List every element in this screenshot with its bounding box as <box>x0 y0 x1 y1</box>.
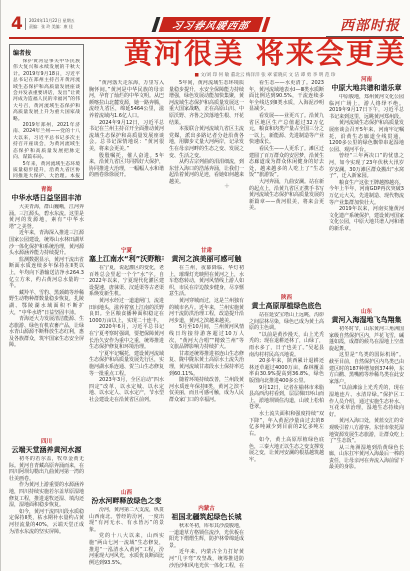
paragraph: 2024年9月12日，习近平总书记在兰州主持召开全面推动黄河流域生态保护和高质量… <box>89 120 164 153</box>
paragraph: 藏羚羊、雪豹、黑颈鹤等珍稀野生动物种群数量稳步恢复，扎陵湖、鄂陵湖水域面积不断扩… <box>9 290 84 316</box>
province-name: 山东 <box>329 309 404 316</box>
paragraph: 看生态——水更清了。2023年，黄河流域地表水Ⅰ—Ⅲ类水质断面比例达到90.5%… <box>249 80 324 113</box>
section-body-shandong: 初冬时节，山东黄河三角洲国家级自然保护区内，芦花飞雪，碱蓬如霞，成群的候鸟在湿地… <box>329 326 404 568</box>
paragraph: 2019年以来，河南实施黄河文化遗产系统保护，建设黄河国家文化公园，中原大地共谱… <box>329 206 404 232</box>
section-title: 中华水塔日益坚固丰沛 <box>9 194 84 203</box>
paragraph: 秋末冬初，库布其沙漠腹地，一道道草方格锁住流沙，光伏板在阳光下熠熠生辉，防护林带… <box>169 523 244 549</box>
paragraph: 5年间，黄河流域生态环境质量稳步提升，水安全保障能力持续增强，绿色发展动能加快集… <box>169 80 244 126</box>
paragraph: 从三角洲湿地到沿黄绿色长廊，山东扛牢黄河入海最后一棒的责任，让母亲河在奔流入海前… <box>329 445 404 471</box>
paragraph: 保护黄河是事关中华民族伟大复兴和永续发展的千秋大计。2019年9月18日，习近平… <box>13 59 80 123</box>
byline-square-icon: ■ <box>195 73 199 78</box>
paragraph: 2019年郑州、2021年济南、2024年兰州——党的十八大以来，习近平总书记多… <box>13 123 80 161</box>
lead-text-b: 5年间，黄河流域生态环境质量稳步提升，水安全保障能力持续增强，绿色发展动能加快集… <box>169 80 244 245</box>
paragraph: 黄河流域生态保护和高质量发展座谈会召开5年来，河南牢记嘱托，沿黄生态廊道全线贯通… <box>329 120 404 153</box>
main-headline: 黄河很美 将来会更美 <box>124 39 406 69</box>
paragraph: 中原腹地，郑州黄河文化公园临河广场上，游人络绎不绝。2019年9月17日下午，习… <box>329 94 404 120</box>
paragraph: 站在延安宝塔山上远眺，沟峁之间层林尽染，绿色已成为黄土高原的主色调。 <box>249 312 324 332</box>
paragraph: 看民生——人更乐了。滩区迁建圆了百万群众的安居梦，沿黄生态廊道成为群众休闲健身的… <box>249 146 324 179</box>
section-body-qinghai: 大美青海，群山巍峨，江河奔涌。三江源头，碧水东流。这里是黄河的发源地，素有“中华… <box>9 204 84 436</box>
paragraph: “以前是黄沙漫天，山上光秃秃的；现在退耕还林了，山绿了，雨水多了，日子也美了。”… <box>249 332 324 358</box>
paragraph: “黄河落天走东海，万里写入胸怀间。”黄河是中华民族的母亲河，孕育了灿烂的中华文明… <box>89 80 164 120</box>
section-head-shanxi-jin: 山西 汾水河畔释放绿色之变 <box>89 487 164 507</box>
province-name: 青海 <box>9 187 84 194</box>
lead-text-a: “黄河落天走东海，万里写入胸怀间。”黄河是中华民族的母亲河，孕育了灿烂的中华文明… <box>89 80 164 245</box>
paragraph: 汾河，黄河第二大支流，纵贯山西南北。曾经的汾河，一度出现“有河无水、有水皆污”的… <box>89 507 164 533</box>
editor-note-label: 编者按 <box>13 48 80 57</box>
section-title: 黄河之滨美丽可感可触 <box>169 255 244 264</box>
article-columns: 编者按 保护黄河是事关中华民族伟大复兴和永续发展的千秋大计。2019年9月18日… <box>9 44 404 568</box>
paragraph: 粮食生产这张王牌越擦越亮。今年上半年，河南GDP再次突破3万亿元大关，先进制造、… <box>329 180 404 206</box>
paragraph: 黄河水经过一道道闸门，流进田间地头，滋养着塞上江南的沃野良田。全区粮食播种面积稳… <box>89 298 164 324</box>
column-1: 编者按 保护黄河是事关中华民族伟大复兴和永续发展的千秋大计。2019年9月18日… <box>9 44 84 568</box>
paragraph: 初冬的若尔盖，牧草金黄无际。黄河自青藏高原奔涌而来，在四川阿坝勾勒出九曲黄河第一… <box>9 456 84 482</box>
paragraph: 大美青海，群山巍峨，江河奔涌。三江源头，碧水东流。这里是黄河的发源地，素有“中华… <box>9 204 84 230</box>
paragraph: 本报联合黄河流域九省区主流党媒，派出多路记者分赴沿黄各地，用脚步丈量大河两岸，记… <box>169 126 244 159</box>
section-body-gansu: 在兰州，夜幕降临、华灯初上，璀璨灯光映照在黄河之上，水车悠悠转动，黄河风情线上游… <box>169 265 244 503</box>
column-4: 看生态——水更清了。2023年，黄河流域地表水Ⅰ—Ⅲ类水质断面比例达到90.5%… <box>249 44 324 568</box>
section-title: 黄河入海湿地飞鸟翔集 <box>329 316 404 325</box>
byline-text: 文/刘 印 何 敏 董北云 梅洋洋 张 翠 霍晓庆 文 洁 谭 勇 李 明 范 … <box>200 73 335 78</box>
paragraph: 5年来，黄河流域生态环境质量稳步提升，沿黄九省区协同推进大保护、大治理。本报联合… <box>13 162 80 181</box>
section-body-shaanxi: 站在延安宝塔山上远眺，沟峁之间层林尽染，绿色已成为黄土高原的主色调。“以前是黄沙… <box>249 312 324 568</box>
banner-label: 习习春风暖西部 <box>170 17 252 32</box>
paragraph: 黄河穿城而过，这是兰州独有的城市名片。近年来，兰州实施黄河干流防洪治理工程，改造… <box>169 298 244 324</box>
page-header: 4 2024年11月22日 星期五 责编：张 玲 美编：康 佳 习习春风暖西部 … <box>9 14 404 39</box>
province-name: 内蒙古 <box>169 506 244 513</box>
paragraph: 如今，黄河干流四川段水质稳定保持Ⅱ类，枯水期补水量约占黄河径流量的40%，云端天… <box>9 509 84 535</box>
section-title: 汾水河畔释放绿色之变 <box>89 497 164 506</box>
section-title: 中原大地共谱和谐乐章 <box>329 84 404 93</box>
section-head-neimenggu: 内蒙古 祖国北疆筑起绿色长城 <box>169 503 244 523</box>
paragraph: 青海还大力发展清洁能源、生态旅游、绿色有机农畜产品，让绿水青山源源不断释放生态红… <box>9 316 84 349</box>
section-head-shaanxi: 陕西 黄土高原厚植绿色底色 <box>249 292 324 312</box>
province-name: 陕西 <box>249 295 324 302</box>
paragraph: 党的十八大以来，山西实施“两山七河一流域”生态修复，推进“一泓清水入黄河”工程，… <box>89 533 164 566</box>
column-2: “黄河落天走东海，万里写入胸怀间。”黄河是中华民族的母亲河，孕育了灿烂的中华文明… <box>89 44 164 568</box>
paragraph: 大河奔涌，九曲安澜。站在新的起点上，沿黄九省区正携手书写黄河流域生态保护和高质量… <box>249 179 324 212</box>
paragraph: 宁夏牢记嘱托，建设黄河流域生态保护和高质量发展先行区，实施河湖水系连通、贺兰山生… <box>89 351 164 377</box>
section-body-shanxi-jin: 汾河，黄河第二大支流，纵贯山西南北。曾经的汾河，一度出现“有河无水、有水皆污”的… <box>89 507 164 568</box>
section-title: 黄土高原厚植绿色底色 <box>249 302 324 311</box>
section-title: 祖国北疆筑起绿色长城 <box>169 513 244 522</box>
paragraph: 看发展——业更兴了。沿黄九省区地区生产总值超过32万亿元，粮食和肉类产量占全国三… <box>249 113 324 146</box>
section-head-gansu: 甘肃 黄河之滨美丽可感可触 <box>169 245 244 265</box>
paragraph: 曾经“三年两决口”的忧患之河，如今实现了23年伏秋大汛岁岁安澜。30万滩区群众搬… <box>329 153 404 179</box>
paragraph: 作为黄河上游重要的水源涵养地，四川持续实施若尔盖草原湿地修复工程，推进退牧还湿、… <box>9 482 84 508</box>
province-name: 四川 <box>9 439 84 446</box>
paragraph: 这里是“鸟类的国际机场”。截至目前，自然保护区内鸟类已由建区时的187种增加到3… <box>329 352 404 385</box>
province-name: 甘肃 <box>169 248 244 255</box>
masthead-logo: 西部时报 <box>326 15 402 37</box>
paragraph: 近年来，青海深入推进三江源国家公园建设，统筹山水林田湖草沙一体化保护和系统治理，… <box>9 230 84 256</box>
paragraph: 2020年6月，习近平总书记在宁夏考察时强调，要把保障黄河长治久安作为重中之重，… <box>89 324 164 350</box>
paragraph: 近年来，内蒙古全力打好黄河“几字弯”攻坚战，统筹推进防沙治沙和风电光伏一体化工程… <box>169 549 244 568</box>
province-name: 山西 <box>89 490 164 497</box>
section-body-sichuan: 初冬的若尔盖，牧草金黄无际。黄河自青藏高原奔涌而来，在四川阿坝勾勒出九曲黄河第一… <box>9 456 84 568</box>
paragraph: “以前滩涂上光秃秃的，现在湿地连片、水清岸绿。”保护区工作人员介绍，通过实施生态… <box>329 385 404 418</box>
section-body-neimenggu: 秋末冬初，库布其沙漠腹地，一道道草方格锁住流沙，光伏板在阳光下熠熠生辉，防护林带… <box>169 523 244 568</box>
headline-block: 黄河很美 将来会更美 ■ 文/刘 印 何 敏 董北云 梅洋洋 张 翠 霍晓庆 文… <box>124 39 406 78</box>
newspaper-page: 4 2024年11月22日 星期五 责编：张 玲 美编：康 佳 习习春风暖西部 … <box>0 0 410 571</box>
paragraph: 9月12日，记者在榆林市米脂县高西沟村看到，层层梯田环山而上，淤地坝锁住沟道，山… <box>249 385 324 411</box>
column-5: 河南 中原大地共谱和谐乐章 中原腹地，郑州黄河文化公园临河广场上，游人络绎不绝。… <box>329 44 404 568</box>
byline: ■ 文/刘 印 何 敏 董北云 梅洋洋 张 翠 霍晓庆 文 洁 谭 勇 李 明 … <box>124 72 406 78</box>
section-head-qinghai: 青海 中华水塔日益坚固丰沛 <box>9 184 84 204</box>
editor-note-box: 编者按 保护黄河是事关中华民族伟大复兴和永续发展的千秋大计。2019年9月18日… <box>9 44 84 180</box>
date-block: 2024年11月22日 星期五 责编：张 玲 美编：康 佳 <box>25 18 75 30</box>
section-body-henan: 中原腹地，郑州黄河文化公园临河广场上，游人络绎不绝。2019年9月17日下午，习… <box>329 94 404 306</box>
section-title: 云端天堂涵养黄河水源 <box>9 446 84 455</box>
section-head-ningxia: 宁夏 塞上江南水“利”沃野粮丰 <box>89 245 164 265</box>
paragraph: 如今，黄土高原厚植绿色底色，三秦大地正以生态之变支撑发展之变，让黄河安澜的根基越… <box>249 437 324 463</box>
section-title: 塞上江南水“利”沃野粮丰 <box>89 255 164 264</box>
editor-note-text: 保护黄河是事关中华民族伟大复兴和永续发展的千秋大计。2019年9月18日，习近平… <box>13 59 80 180</box>
province-name: 河南 <box>329 77 404 84</box>
paragraph: 在宁夏，说起灌区的变化，老百姓总会竖起一个个“水”字。自2022年以来，宁夏现代… <box>89 265 164 298</box>
paragraph: 在兰州，夜幕降临、华灯初上，璀璨灯光映照在黄河之上，水车悠悠转动，黄河风情线上游… <box>169 265 244 298</box>
paragraph: 初冬时节，山东黄河三角洲国家级自然保护区内，芦花飞雪，碱蓬如霞，成群的候鸟在湿地… <box>329 326 404 352</box>
paragraph: 水土流失面积和强度持续“双下降”，年入黄泥沙量由过去的8亿多吨减少到目前的2亿多… <box>249 411 324 437</box>
province-name: 宁夏 <box>89 248 164 255</box>
paragraph: 从约古宗列曲的涓涓细流，到东营入海口的浩荡奔涌，让我们一起沿着黄河的足迹，看她如… <box>169 159 244 185</box>
paragraph: 2023年3月，全区启动“四水四定”改革，以水定城、以水定地、以水定人、以水定产… <box>89 377 164 403</box>
paragraph: 殷殷嘱托，催人奋进。5年来，沿黄九省区共同抓好大保护，协同推进大治理，一幅幅人水… <box>89 153 164 179</box>
paragraph: 5月至10月间，兰州黄河风情线日均接待游客超过10万人次，“黄河大合唱”“精致兰… <box>169 324 244 350</box>
paragraph: 黄河入海口处，黄蓝交汇的奇观吸引着八方游客。东营市依托湿地资源发展生态旅游，让群… <box>329 418 404 444</box>
paragraph: 甘肃还统筹推进祁连山生态修复、陇中陇东黄土高原水土流失治理，黄河流域甘肃段水土保… <box>169 351 244 377</box>
paragraph: 随着环境持续改善，兰州段黄河水质连年保持Ⅱ类，黄河之滨不仅美丽，而且可感可触，成… <box>169 377 244 403</box>
paragraph: 20多年来，陕西累计退耕还林还草超过4000万亩，森林覆盖率由30.9%提高到3… <box>249 358 324 384</box>
section-head-sichuan: 四川 云端天堂涵养黄河水源 <box>9 436 84 456</box>
paragraph: 监测数据显示，黄河干流出省断面水质连续多年保持在Ⅱ类以上，年均向下游输送洁净水2… <box>9 257 84 290</box>
fold-mark: + <box>224 182 230 190</box>
lead-text-c: 看生态——水更清了。2023年，黄河流域地表水Ⅰ—Ⅲ类水质断面比例达到90.5%… <box>249 80 324 292</box>
page-number: 4 <box>11 14 23 35</box>
column-banner: 习习春风暖西部 <box>159 17 264 32</box>
section-body-ningxia: 在宁夏，说起灌区的变化，老百姓总会竖起一个个“水”字。自2022年以来，宁夏现代… <box>89 265 164 487</box>
column-3: 5年间，黄河流域生态环境质量稳步提升，水安全保障能力持续增强，绿色发展动能加快集… <box>169 44 244 568</box>
editor-line: 责编：张 玲 美编：康 佳 <box>29 24 75 30</box>
section-head-shandong: 山东 黄河入海湿地飞鸟翔集 <box>329 306 404 326</box>
